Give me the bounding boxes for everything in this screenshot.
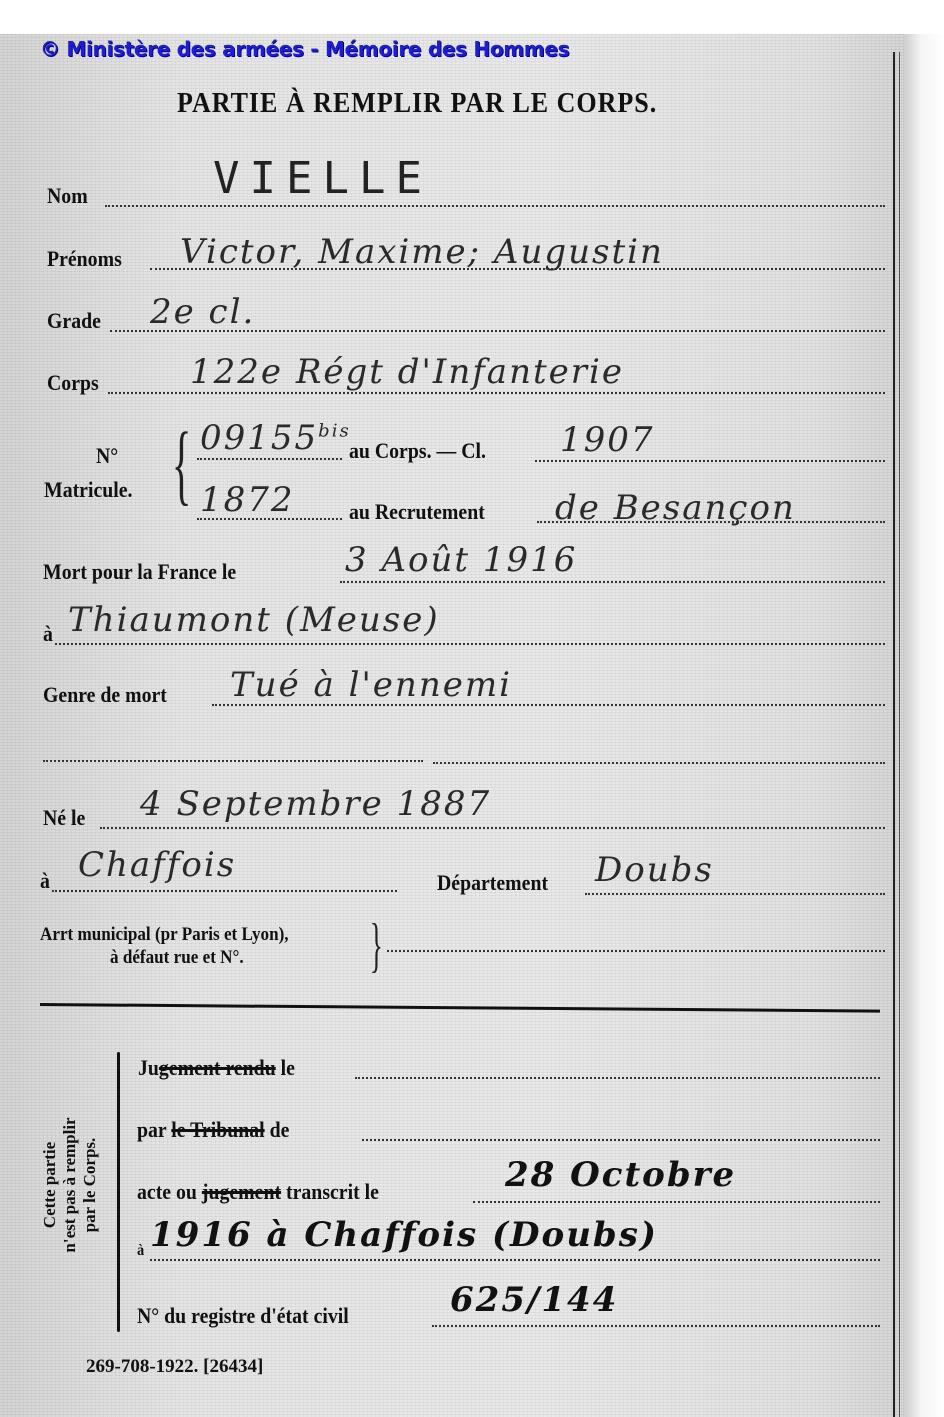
naissance-lieu-line [52,890,397,892]
transcription-lieu-value: 1916 à Chaffois (Doubs) [150,1215,658,1255]
border-line [899,52,900,1417]
matricule-corps-line [197,458,342,460]
departement-line [585,893,885,895]
naissance-date-line [100,827,885,829]
jugement-label: Jugement rendu le [138,1055,295,1081]
matricule-corps-number: 09155bis [200,418,351,458]
side-note-line: Cette partie [40,1117,60,1252]
genre-mort-value: Tué à l'ennemi [230,665,512,705]
registre-line [432,1325,880,1327]
prenoms-value: Victor, Maxime; Augustin [180,232,664,272]
registre-value: 625/144 [450,1280,618,1320]
mort-date-line [340,581,885,583]
naissance-lieu-value: Chaffois [78,845,236,885]
side-note: Cette partie n'est pas à remplir par le … [30,1080,110,1290]
departement-value: Doubs [595,850,714,890]
nom-label: Nom [47,183,88,209]
mort-date-label: Mort pour la France le [43,559,236,585]
naissance-date-value: 4 Septembre 1887 [140,784,491,824]
naissance-lieu-label: à [40,868,50,894]
recrutement-value: de Besançon [555,488,796,528]
form-title: PARTIE À REMPLIR PAR LE CORPS. [177,87,657,120]
naissance-date-label: Né le [43,805,85,831]
grade-label: Grade [47,308,101,334]
side-bracket [117,1052,120,1332]
registre-label: N° du registre d'état civil [137,1303,349,1329]
blank-line-left [43,760,423,762]
classe-value: 1907 [560,420,655,460]
arrondissement-line [387,950,885,952]
matricule-brace: { [172,420,191,510]
nom-line [105,205,885,207]
matricule-recrutement-number: 1872 [200,480,295,520]
copyright-watermark: © Ministère des armées - Mémoire des Hom… [40,37,569,61]
departement-label: Département [437,870,548,896]
au-recrutement-label: au Recrutement [349,499,485,525]
arrondissement-label-2: à défaut rue et N°. [110,947,244,969]
blank-line-right [433,762,885,764]
grade-value: 2e cl. [150,292,255,332]
classe-line [535,460,885,462]
mort-lieu-label: à [43,621,53,647]
print-reference: 269-708-1922. [26434] [86,1356,263,1378]
mort-lieu-value: Thiaumont (Meuse) [68,600,440,640]
corps-label: Corps [47,370,99,396]
corps-value: 122e Régt d'Infanterie [190,352,624,392]
border-line [893,52,895,1417]
transcription-lieu-line [150,1259,880,1261]
side-note-line: par le Corps. [80,1117,100,1252]
mort-lieu-line [55,643,885,645]
prenoms-label: Prénoms [47,246,122,272]
corps-line [108,392,885,394]
mort-date-value: 3 Août 1916 [345,540,577,580]
transcription-label: acte ou jugement transcrit le [137,1179,379,1205]
arrondissement-brace: } [370,915,383,975]
matricule-label-no: N° [96,443,118,469]
tribunal-label: par le Tribunal de [137,1117,289,1143]
paper-edge [905,34,944,1417]
jugement-line [355,1077,880,1079]
transcription-value: 28 Octobre [505,1155,736,1195]
transcription-lieu-label: à [137,1242,144,1260]
arrondissement-label: Arrt municipal (pr Paris et Lyon), [40,924,289,946]
side-note-line: n'est pas à remplir [60,1117,80,1252]
au-corps-label: au Corps. — Cl. [349,438,486,464]
nom-value: VIELLE [213,153,432,204]
matricule-label: Matricule. [44,477,133,503]
tribunal-line [362,1139,880,1141]
genre-mort-label: Genre de mort [43,682,167,708]
transcription-line [473,1201,880,1203]
